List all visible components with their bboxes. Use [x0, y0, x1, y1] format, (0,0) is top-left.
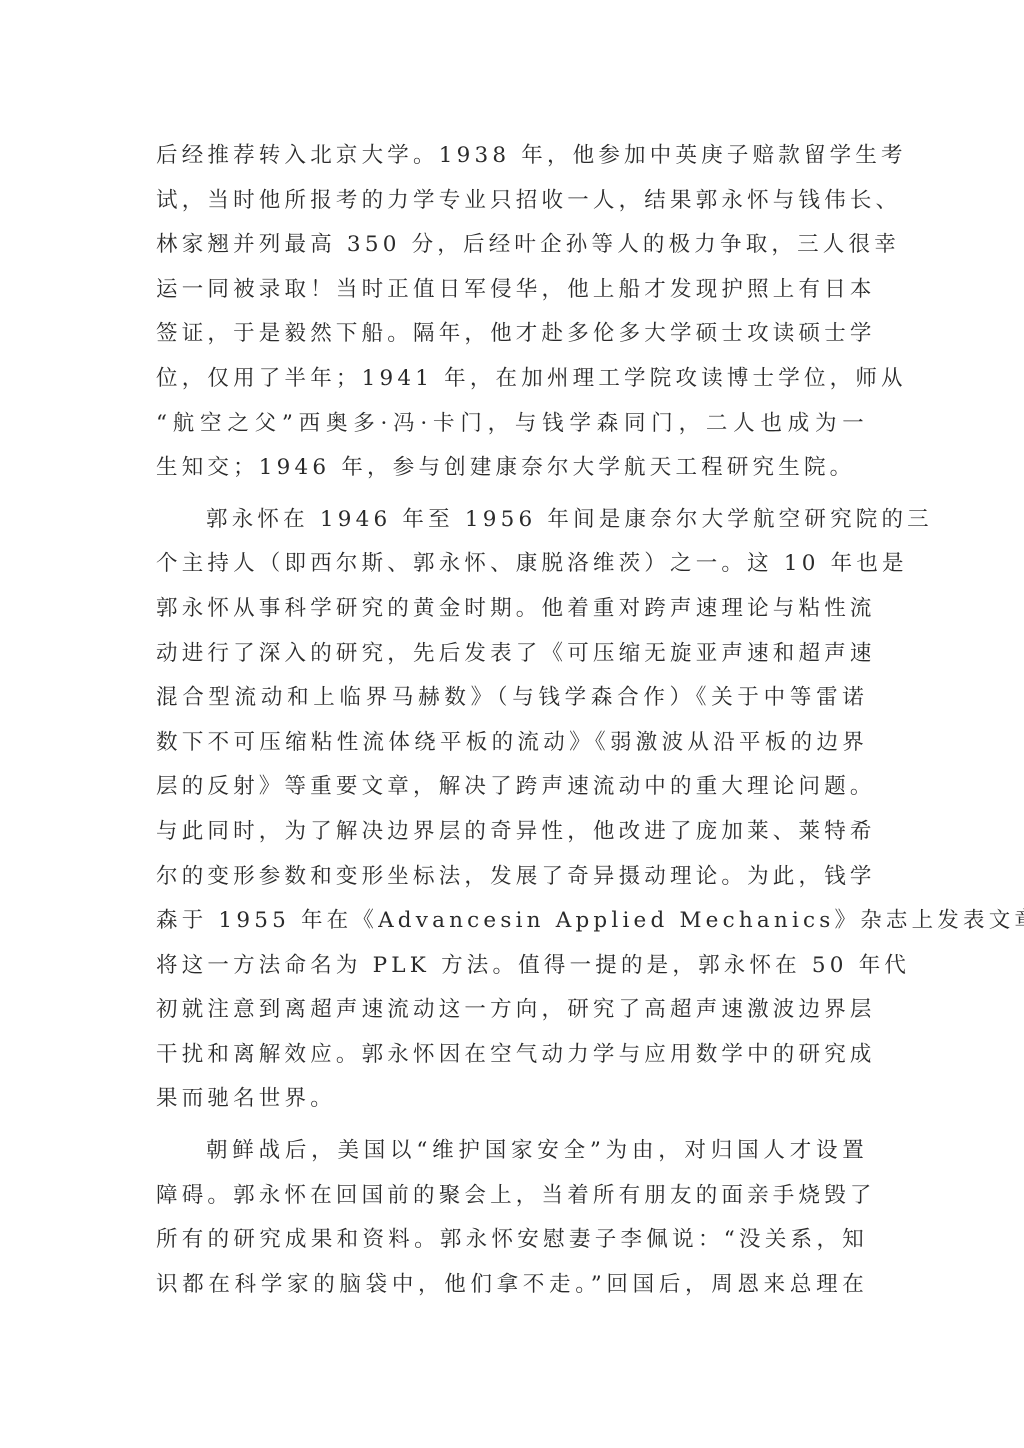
text-line: 后经推荐转入北京大学。1938 年，他参加中英庚子赔款留学生考: [156, 134, 868, 179]
document-page: 后经推荐转入北京大学。1938 年，他参加中英庚子赔款留学生考 试，当时他所报考…: [156, 134, 868, 1307]
text-line: 障碍。郭永怀在回国前的聚会上，当着所有朋友的面亲手烧毁了: [156, 1174, 868, 1219]
text-line: 个主持人（即西尔斯、郭永怀、康脱洛维茨）之一。这 10 年也是: [156, 542, 868, 587]
text-line: 与此同时，为了解决边界层的奇异性，他改进了庞加莱、莱特希: [156, 810, 868, 855]
text-line: 果而驰名世界。: [156, 1077, 868, 1122]
paragraph-2: 郭永怀在 1946 年至 1956 年间是康奈尔大学航空研究院的三 个主持人（即…: [156, 498, 868, 1122]
text-line: 郭永怀从事科学研究的黄金时期。他着重对跨声速理论与粘性流: [156, 587, 868, 632]
text-line: 干扰和离解效应。郭永怀因在空气动力学与应用数学中的研究成: [156, 1033, 868, 1078]
text-line: 混合型流动和上临界马赫数》（与钱学森合作）《关于中等雷诺: [156, 676, 868, 721]
text-line: 签证，于是毅然下船。隔年，他才赴多伦多大学硕士攻读硕士学: [156, 312, 868, 357]
text-line: 运一同被录取！当时正值日军侵华，他上船才发现护照上有日本: [156, 268, 868, 313]
text-line: 将这一方法命名为 PLK 方法。值得一提的是，郭永怀在 50 年代: [156, 944, 868, 989]
text-line: 尔的变形参数和变形坐标法，发展了奇异摄动理论。为此，钱学: [156, 855, 868, 900]
text-line: 森于 1955 年在《Advancesin Applied Mechanics》…: [156, 899, 868, 944]
text-line: 识都在科学家的脑袋中，他们拿不走。”回国后，周恩来总理在: [156, 1263, 868, 1308]
text-line: 位，仅用了半年；1941 年，在加州理工学院攻读博士学位，师从: [156, 357, 868, 402]
text-line: 朝鲜战后，美国以“维护国家安全”为由，对归国人才设置: [156, 1129, 868, 1174]
text-line: 数下不可压缩粘性流体绕平板的流动》《弱激波从沿平板的边界: [156, 721, 868, 766]
paragraph-1: 后经推荐转入北京大学。1938 年，他参加中英庚子赔款留学生考 试，当时他所报考…: [156, 134, 868, 491]
text-line: 动进行了深入的研究，先后发表了《可压缩无旋亚声速和超声速: [156, 632, 868, 677]
text-line: 林家翘并列最高 350 分，后经叶企孙等人的极力争取，三人很幸: [156, 223, 868, 268]
text-line: 郭永怀在 1946 年至 1956 年间是康奈尔大学航空研究院的三: [156, 498, 868, 543]
text-line: 所有的研究成果和资料。郭永怀安慰妻子李佩说：“没关系，知: [156, 1218, 868, 1263]
text-line: 初就注意到离超声速流动这一方向，研究了高超声速激波边界层: [156, 988, 868, 1033]
text-line: 生知交；1946 年，参与创建康奈尔大学航天工程研究生院。: [156, 446, 868, 491]
text-line: 层的反射》等重要文章，解决了跨声速流动中的重大理论问题。: [156, 765, 868, 810]
text-line: “航空之父”西奥多·冯·卡门，与钱学森同门，二人也成为一: [156, 402, 868, 447]
text-line: 试，当时他所报考的力学专业只招收一人，结果郭永怀与钱伟长、: [156, 179, 868, 224]
paragraph-3: 朝鲜战后，美国以“维护国家安全”为由，对归国人才设置 障碍。郭永怀在回国前的聚会…: [156, 1129, 868, 1307]
